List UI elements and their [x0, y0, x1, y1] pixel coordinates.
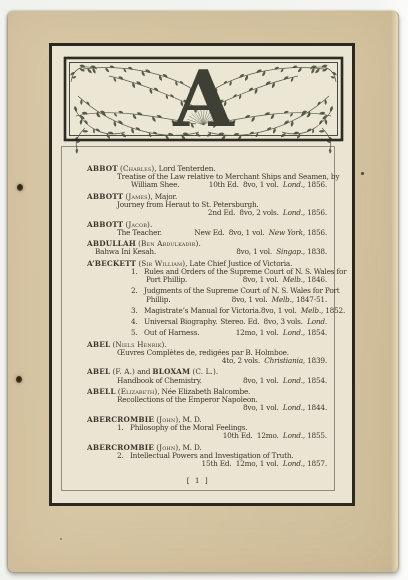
- entry-line: 5.Out of Harness.12mo, 1 vol. Lond., 185…: [87, 329, 327, 337]
- decorative-letter-A-banner: A: [63, 56, 344, 154]
- item-number: 2.: [131, 287, 144, 295]
- imprint-text: 15th Ed. 12mo, 1 vol. Lond., 1857.: [202, 460, 327, 468]
- entry-line: Bahwa Ini Kesah.8vo, 1 vol. Singap., 183…: [87, 248, 327, 256]
- item-number: 4.: [131, 318, 144, 326]
- imprint-text: 8vo, 1 vol. Melb., 1846.: [243, 276, 327, 284]
- imprint-text: 4to, 2 vols. Christiania, 1839.: [222, 357, 327, 365]
- entry-line: 4to, 2 vols. Christiania, 1839.: [87, 357, 327, 365]
- catalog-entry: ABERCROMBIE (John), M. D.1.Philosophy of…: [87, 416, 327, 441]
- stitch-hole-bottom: [16, 376, 22, 383]
- imprint-text: 8vo, 1 vol. Lond., 1854.: [243, 377, 327, 385]
- catalog-entry: ABBOTT (Jacob).The Teacher.New Ed. 8vo, …: [87, 221, 327, 237]
- ornament-banner: A: [63, 56, 344, 142]
- imprint-text: 8vo, 1 vol. Melb., 1852.: [261, 307, 345, 315]
- catalog-entry: ABELL (Elizabeth), Née Elizabeth Balcomb…: [87, 388, 327, 413]
- imprint-text: Stereo. Ed. 8vo, 3 vols. Lond.: [220, 318, 327, 326]
- imprint-text: 8vo, 1 vol. Singap., 1838.: [236, 248, 327, 256]
- title-text: Port Phillip.: [146, 276, 187, 284]
- page-number: [ 1 ]: [62, 477, 334, 485]
- entry-line: Port Phillip.8vo, 1 vol. Melb., 1846.: [87, 276, 327, 284]
- ornament-capital-letter: A: [172, 54, 235, 145]
- catalog-entry: ABEL (Niels Henrik).Œuvres Complètes de,…: [87, 341, 327, 366]
- title-text: Handbook of Chemistry.: [117, 377, 202, 385]
- imprint-text: New Ed. 8vo, 1 vol. New York, 1856.: [194, 229, 327, 237]
- imprint-text: 8vo, 1 vol. Melb., 1847-51.: [232, 296, 327, 304]
- imprint-text: 10th Ed. 8vo, 1 vol. Lond., 1856.: [209, 181, 327, 189]
- item-number: 1.: [117, 424, 130, 432]
- title-text: Out of Harness.: [144, 329, 199, 337]
- title-text: Magistrate’s Manual for Victoria.: [144, 307, 261, 315]
- ink-speck-right: [361, 172, 364, 175]
- item-number: 2.: [117, 452, 130, 460]
- text-block: ABBOT (Charles), Lord Tenterden.Treatise…: [61, 146, 335, 491]
- entry-line: 3.Magistrate’s Manual for Victoria.8vo, …: [87, 307, 327, 315]
- title-text: Phillip.: [146, 296, 170, 304]
- title-text: Universal Biography.: [144, 318, 217, 326]
- entry-line: William Shee.10th Ed. 8vo, 1 vol. Lond.,…: [87, 181, 327, 189]
- entry-line: Phillip.8vo, 1 vol. Melb., 1847-51.: [87, 296, 327, 304]
- entries-list: ABBOT (Charles), Lord Tenterden.Treatise…: [87, 165, 327, 468]
- title-text: Recollections of the Emperor Napoleon.: [117, 396, 258, 404]
- entry-line: The Teacher.New Ed. 8vo, 1 vol. New York…: [87, 229, 327, 237]
- catalog-entry: ABERCROMBIE (John), M. D.2.Intellectual …: [87, 444, 327, 469]
- paper-speck: [60, 538, 62, 540]
- entry-line: 4.Universal Biography.Stereo. Ed. 8vo, 3…: [87, 318, 327, 326]
- item-number: 1.: [131, 268, 144, 276]
- imprint-text: 12mo, 1 vol. Lond., 1854.: [236, 329, 327, 337]
- imprint-text: 10th Ed. 12mo. Lond., 1855.: [223, 432, 327, 440]
- book-page: A ABBOT (Charles), Lord Tenterden.Treati…: [8, 11, 399, 572]
- entry-line: Handbook of Chemistry.8vo, 1 vol. Lond.,…: [87, 377, 327, 385]
- entry-line: 10th Ed. 12mo. Lond., 1855.: [87, 432, 327, 440]
- catalog-entry: ABBOT (Charles), Lord Tenterden.Treatise…: [87, 165, 327, 190]
- catalog-entry: ABEL (F. A.) and BLOXAM (C. L.).Handbook…: [87, 368, 327, 384]
- item-number: 5.: [131, 329, 144, 337]
- stitch-hole-top: [17, 184, 23, 191]
- catalog-entry: ABDULLAH (Ben Abdulkadir).Bahwa Ini Kesa…: [87, 240, 327, 256]
- catalog-entry: A’BECKETT (Sir William), Late Chief Just…: [87, 260, 327, 338]
- catalog-entry: ABBOTT (James), Major.Journey from Herau…: [87, 193, 327, 218]
- imprint-text: 8vo, 1 vol. Lond., 1844.: [243, 404, 327, 412]
- title-text: Bahwa Ini Kesah.: [95, 248, 156, 256]
- title-text: The Teacher.: [117, 229, 162, 237]
- entry-line: 15th Ed. 12mo, 1 vol. Lond., 1857.: [87, 460, 327, 468]
- item-number: 3.: [131, 307, 144, 315]
- entry-line: 2nd Ed. 8vo, 2 vols. Lond., 1856.: [87, 209, 327, 217]
- entry-line: 8vo, 1 vol. Lond., 1844.: [87, 404, 327, 412]
- title-text: William Shee.: [131, 181, 179, 189]
- page-border-frame: A ABBOT (Charles), Lord Tenterden.Treati…: [49, 43, 355, 506]
- imprint-text: 2nd Ed. 8vo, 2 vols. Lond., 1856.: [208, 209, 327, 217]
- scanned-book-page: A ABBOT (Charles), Lord Tenterden.Treati…: [0, 0, 408, 580]
